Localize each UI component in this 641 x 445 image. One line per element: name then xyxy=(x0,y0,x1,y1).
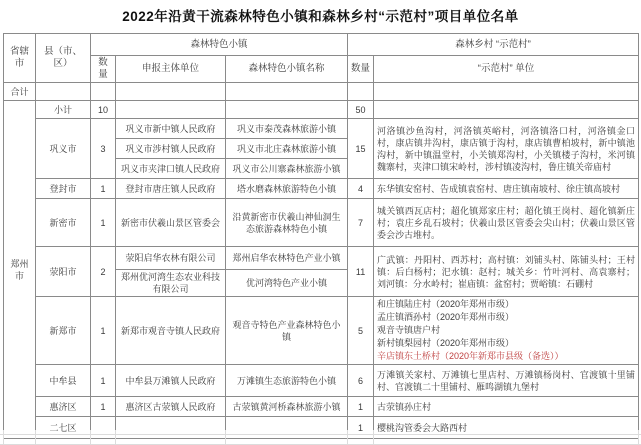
group-header-forest-village: 森林乡村 “示范村” xyxy=(348,34,639,56)
town-name: 古荥镇黄河桥森林旅游小镇 xyxy=(226,397,348,417)
table-row: 二七区1樱桃沟管委会大路西村 xyxy=(4,417,639,439)
table-row: 登封市1登封市唐庄镇人民政府塔水磨森林旅游特色小镇4东华镇安窑村、告成镇袁窑村、… xyxy=(4,179,639,199)
applicant-unit: 惠济区古荥镇人民政府 xyxy=(116,397,226,417)
table-cell xyxy=(226,417,348,439)
county-zhongmu: 中牟县 xyxy=(36,365,91,397)
table-cell xyxy=(116,417,226,439)
group-header-forest-town: 森林特色小镇 xyxy=(91,34,348,56)
col-header-town-count: 数量 xyxy=(91,56,116,83)
col-header-applicant-unit: 申报主体单位 xyxy=(116,56,226,83)
town-count: 1 xyxy=(91,199,116,247)
town-count: 1 xyxy=(91,365,116,397)
village-line: 新村镇梨园村（2020年郑州市级） xyxy=(377,337,635,350)
faint-gridline-vertical xyxy=(115,430,116,445)
faint-gridline-vertical xyxy=(638,430,639,445)
village-units: 城关镇西瓦店村；超化镇郑家庄村；超化镇王岗村、超化镇新庄村；袁庄乡乱石坡村；伏羲… xyxy=(374,199,639,247)
county-xingyang: 荥阳市 xyxy=(36,247,91,297)
table-row: 中牟县1中牟县万滩镇人民政府万滩镇生态旅游特色小镇6万滩镇关家村、万滩镇七里店村… xyxy=(4,365,639,397)
county-erqi: 二七区 xyxy=(36,417,91,439)
table-row: 数量申报主体单位森林特色小镇名称数量“示范村” 单位 xyxy=(4,56,639,83)
county-xinzheng: 新郑市 xyxy=(36,297,91,365)
village-units: 和庄镇陆庄村（2020年郑州市级）孟庄镇酒孙村（2020年郑州市级）观音寺镇唐户… xyxy=(374,297,639,365)
village-line: 观音寺镇唐户村 xyxy=(377,324,635,337)
faint-gridline-vertical xyxy=(373,430,374,445)
village-count: 11 xyxy=(348,247,374,297)
town-count-subtotal: 10 xyxy=(91,101,116,119)
table-cell xyxy=(36,83,91,101)
town-name: 郑州启华农林特色产业小镇 xyxy=(226,247,348,270)
applicant-unit: 登封市唐庄镇人民政府 xyxy=(116,179,226,199)
subtotal-label: 小计 xyxy=(36,101,91,119)
total-label: 合计 xyxy=(4,83,36,101)
county-gongyi: 巩义市 xyxy=(36,119,91,179)
village-units: 万滩镇关家村、万滩镇七里店村、万滩镇杨岗村、官渡镇十里铺村、官渡镇二十里铺村、雁… xyxy=(374,365,639,397)
table-cell xyxy=(226,101,348,119)
town-name: 巩义市北庄森林旅游小镇 xyxy=(226,139,348,159)
village-count: 5 xyxy=(348,297,374,365)
table-row: 新密市1新密市伏羲山景区管委会沿黄新密市伏羲山神仙洞生态旅游森林特色小镇7城关镇… xyxy=(4,199,639,247)
province-city-zhengzhou: 郑州市 xyxy=(4,101,36,439)
table-row: 合计 xyxy=(4,83,639,101)
applicant-unit: 巩义市涉村镇人民政府 xyxy=(116,139,226,159)
table-row: 巩义市3巩义市新中镇人民政府巩义市泰茂森林旅游小镇15河洛镇沙鱼沟村，河洛镇英峪… xyxy=(4,119,639,139)
table-cell xyxy=(374,101,639,119)
table-row: 郑州市小计1050 xyxy=(4,101,639,119)
town-count: 1 xyxy=(91,397,116,417)
village-count: 6 xyxy=(348,365,374,397)
applicant-unit: 巩义市新中镇人民政府 xyxy=(116,119,226,139)
applicant-unit: 中牟县万滩镇人民政府 xyxy=(116,365,226,397)
applicant-unit: 新密市伏羲山景区管委会 xyxy=(116,199,226,247)
village-line: 和庄镇陆庄村（2020年郑州市级） xyxy=(377,298,635,311)
town-count: 2 xyxy=(91,247,116,297)
faint-gridline-vertical xyxy=(35,430,36,445)
col-header-village-count: 数量 xyxy=(348,56,374,83)
table-cell xyxy=(91,83,116,101)
village-units: 东华镇安窑村、告成镇袁窑村、唐庄镇南坡村、徐庄镇高坡村 xyxy=(374,179,639,199)
table-body: 省辖市县（市、区）森林特色小镇森林乡村 “示范村”数量申报主体单位森林特色小镇名… xyxy=(4,34,639,439)
table-cell xyxy=(348,83,374,101)
col-header-county: 县（市、区） xyxy=(36,34,91,83)
table-cell xyxy=(116,83,226,101)
village-count-subtotal: 50 xyxy=(348,101,374,119)
town-name: 观音寺特色产业森林特色小镇 xyxy=(226,297,348,365)
table-row: 省辖市县（市、区）森林特色小镇森林乡村 “示范村” xyxy=(4,34,639,56)
village-units: 河洛镇沙鱼沟村，河洛镇英峪村，河洛镇洛口村，河洛镇金口村，康店镇井沟村，康店镇于… xyxy=(374,119,639,179)
col-header-province-city: 省辖市 xyxy=(4,34,36,83)
county-dengfeng: 登封市 xyxy=(36,179,91,199)
page-title: 2022年沿黄干流森林特色小镇和森林乡村“示范村”项目单位名单 xyxy=(0,5,641,25)
county-xinmi: 新密市 xyxy=(36,199,91,247)
faint-gridline-vertical xyxy=(225,430,226,445)
applicant-unit: 荥阳启华农林有限公司 xyxy=(116,247,226,270)
table-cell xyxy=(91,417,116,439)
faint-gridline-vertical xyxy=(90,430,91,445)
village-count: 7 xyxy=(348,199,374,247)
faint-gridline-horizontal xyxy=(0,434,641,435)
town-count: 1 xyxy=(91,179,116,199)
table-row: 荥阳市2荥阳启华农林有限公司郑州启华农林特色产业小镇11广武镇：丹阳村、西苏村；… xyxy=(4,247,639,270)
town-name: 沿黄新密市伏羲山神仙洞生态旅游森林特色小镇 xyxy=(226,199,348,247)
village-count: 1 xyxy=(348,397,374,417)
col-header-village-units: “示范村” 单位 xyxy=(374,56,639,83)
town-count: 1 xyxy=(91,297,116,365)
table-cell xyxy=(116,101,226,119)
town-name: 优河湾特色产业小镇 xyxy=(226,270,348,297)
county-huiji: 惠济区 xyxy=(36,397,91,417)
village-units: 古荥镇孙庄村 xyxy=(374,397,639,417)
applicant-unit: 巩义市夹津口镇人民政府 xyxy=(116,159,226,179)
table-cell xyxy=(374,83,639,101)
table-row: 惠济区1惠济区古荥镇人民政府古荥镇黄河桥森林旅游小镇1古荥镇孙庄村 xyxy=(4,397,639,417)
col-header-town-name: 森林特色小镇名称 xyxy=(226,56,348,83)
town-count: 3 xyxy=(91,119,116,179)
faint-gridline-vertical xyxy=(3,430,4,445)
town-name: 塔水磨森林旅游特色小镇 xyxy=(226,179,348,199)
village-units: 樱桃沟管委会大路西村 xyxy=(374,417,639,439)
applicant-unit: 郑州优河湾生态农业科技有限公司 xyxy=(116,270,226,297)
candidate-village-red-note: 辛店镇东土桥村（2020年新郑市县级（备选）） xyxy=(377,350,635,363)
village-units: 广武镇：丹阳村、西苏村；高村镇：刘铺头村、陈铺头村；王村镇：后白杨村；汜水镇：赵… xyxy=(374,247,639,297)
village-line: 孟庄镇酒孙村（2020年郑州市级） xyxy=(377,311,635,324)
table-cell xyxy=(226,83,348,101)
town-name: 万滩镇生态旅游特色小镇 xyxy=(226,365,348,397)
village-count: 1 xyxy=(348,417,374,439)
town-name: 巩义市公川寨森林旅游小镇 xyxy=(226,159,348,179)
applicant-unit: 新郑市观音寺镇人民政府 xyxy=(116,297,226,365)
village-count: 4 xyxy=(348,179,374,199)
table-row: 新郑市1新郑市观音寺镇人民政府观音寺特色产业森林特色小镇5和庄镇陆庄村（2020… xyxy=(4,297,639,365)
town-name: 巩义市泰茂森林旅游小镇 xyxy=(226,119,348,139)
faint-gridline-vertical xyxy=(347,430,348,445)
village-count: 15 xyxy=(348,119,374,179)
main-table: 省辖市县（市、区）森林特色小镇森林乡村 “示范村”数量申报主体单位森林特色小镇名… xyxy=(3,33,639,439)
